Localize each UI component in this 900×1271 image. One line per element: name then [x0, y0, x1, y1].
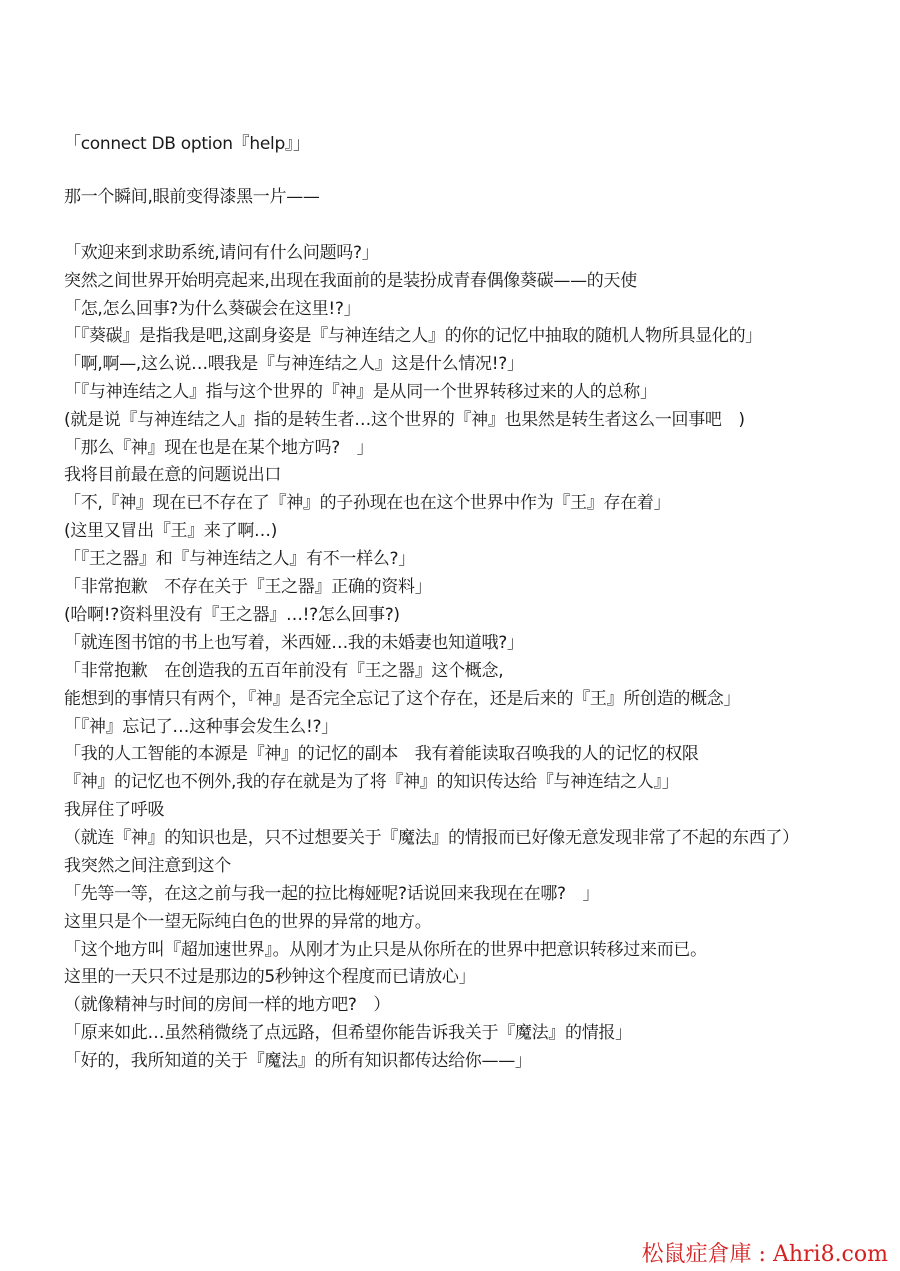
text-line: 「就连图书馆的书上也写着，米西娅…我的未婚妻也知道哦?」 [64, 632, 524, 654]
text-line: 「不,『神』现在已不存在了『神』的子孙现在也在这个世界中作为『王』存在着」 [64, 492, 670, 514]
text-line: 这里只是个一望无际纯白色的世界的异常的地方。 [64, 911, 431, 933]
text-line: 这里的一天只不过是那边的5秒钟这个程度而已请放心」 [64, 966, 475, 988]
text-line: (就是说『与神连结之人』指的是转生者…这个世界的『神』也果然是转生者这么一回事吧… [64, 409, 745, 431]
text-line: 「非常抱歉 不存在关于『王之器』正确的资料」 [64, 576, 431, 598]
text-line: 「那么『神』现在也是在某个地方吗? 」 [64, 437, 373, 459]
text-line: 「好的，我所知道的关于『魔法』的所有知识都传达给你——」 [64, 1050, 532, 1072]
text-line: 「这个地方叫『超加速世界』。从刚才为止只是从你所在的世界中把意识转移过来而已。 [64, 939, 707, 961]
text-line: 「『与神连结之人』指与这个世界的『神』是从同一个世界转移过来的人的总称」 [64, 381, 657, 403]
text-line: 「非常抱歉 在创造我的五百年前没有『王之器』这个概念, [64, 660, 503, 682]
text-line: 「欢迎来到求助系统,请问有什么问题吗?」 [64, 242, 378, 264]
text-line: (哈啊!?资料里没有『王之器』…!?怎么回事?) [64, 604, 400, 626]
text-line: 「『葵碳』是指我是吧,这副身姿是『与神连结之人』的你的记忆中抽取的随机人物所具显… [64, 325, 762, 347]
text-line: 我突然之间注意到这个 [64, 855, 231, 877]
text-line: 「『王之器』和『与神连结之人』有不一样么?」 [64, 548, 415, 570]
text-line: 我屏住了呼吸 [64, 799, 164, 821]
text-line: 那一个瞬间,眼前变得漆黑一片—— [64, 186, 320, 208]
text-line: 『神』的记忆也不例外,我的存在就是为了将『神』的知识传达给『与神连结之人』」 [64, 771, 679, 793]
text-line: （就像精神与时间的房间一样的地方吧? ） [64, 994, 390, 1016]
text-line: 「我的人工智能的本源是『神』的记忆的副本 我有着能读取召唤我的人的记忆的权限 [64, 743, 699, 765]
text-line: (这里又冒出『王』来了啊…) [64, 520, 277, 542]
watermark: 松鼠症倉庫 : Ahri8.com [642, 1237, 888, 1268]
text-line: 「先等一等，在这之前与我一起的拉比梅娅呢?话说回来我现在在哪? 」 [64, 883, 599, 905]
document-page: 「connect DB option『help』」那一个瞬间,眼前变得漆黑一片—… [0, 0, 900, 1271]
text-line: 「怎,怎么回事?为什么葵碳会在这里!?」 [64, 298, 360, 320]
text-line: 「啊,啊—,这么说…喂我是『与神连结之人』这是什么情况!?」 [64, 353, 524, 375]
text-line: 「原来如此…虽然稍微绕了点远路，但希望你能告诉我关于『魔法』的情报」 [64, 1022, 632, 1044]
text-line: 「『神』忘记了…这种事会发生么!?」 [64, 716, 338, 738]
text-line: （就连『神』的知识也是，只不过想要关于『魔法』的情报而已好像无意发现非常了不起的… [64, 827, 799, 849]
text-line: 「connect DB option『help』」 [64, 133, 310, 155]
text-line: 突然之间世界开始明亮起来,出现在我面前的是装扮成青春偶像葵碳——的天使 [64, 270, 637, 292]
text-line: 我将目前最在意的问题说出口 [64, 464, 281, 486]
text-line: 能想到的事情只有两个，『神』是否完全忘记了这个存在，还是后来的『王』所创造的概念… [64, 688, 740, 710]
